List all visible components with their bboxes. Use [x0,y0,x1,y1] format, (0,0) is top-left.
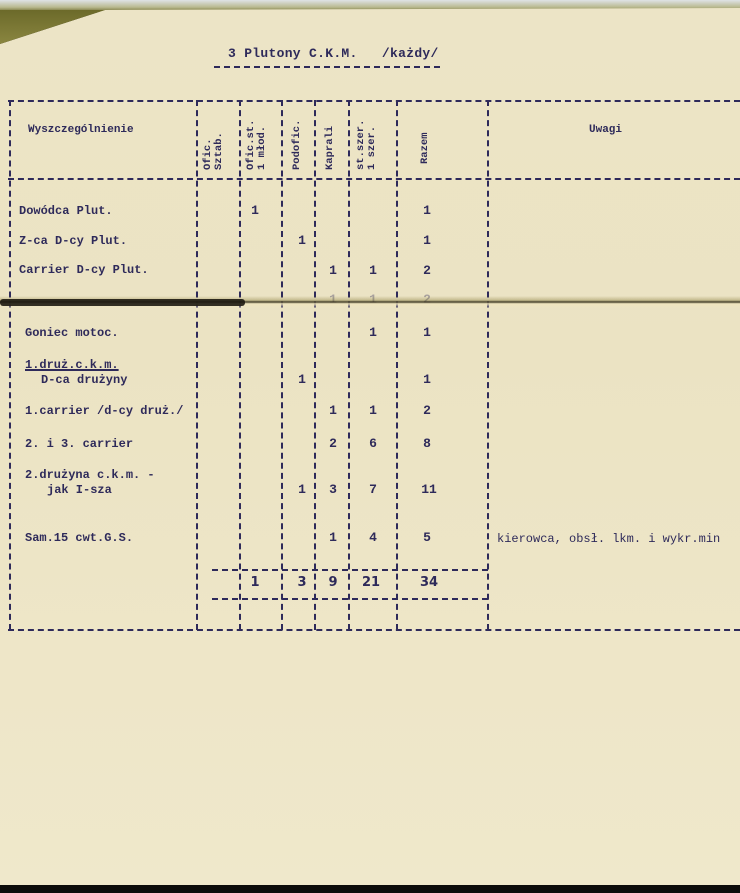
document-page: 3 Plutony C.K.M. /każdy/ Wyszczególnieni… [0,0,740,890]
row-label: 1.carrier /d-cy druż./ [25,404,183,418]
row-label: Dowódca Plut. [19,204,113,218]
col-rule-3 [281,100,283,630]
col-rule-left [9,100,11,630]
row-label: 2. i 3. carrier [25,437,133,451]
row-label-line2: D-ca drużyny [41,373,127,387]
header-szer: st.szer. 1 szer. [356,120,378,170]
row-label: Goniec motoc. [25,326,119,340]
total-ofic-mlod: 1 [240,575,270,590]
header-podofic: Podofic. [292,120,303,170]
header-bottom-rule [8,178,740,180]
row-label-text: 1.druż.c.k.m. [25,358,119,372]
col-rule-4 [314,100,316,630]
header-ofic-sztab: Ofic. Sztab. [203,132,225,170]
header-remarks: Uwagi [589,124,622,136]
cell-razem: 11 [414,482,444,497]
remarks-text: kierowca, obsł. lkm. i wykr.min [497,532,720,546]
header-kaprali: Kaprali [325,126,336,170]
total-szer: 21 [356,575,386,590]
cell-szer: 7 [358,482,388,497]
cell-razem: 1 [412,325,442,340]
cell-szer: 1 [358,263,388,278]
cell-razem: 2 [412,403,442,418]
cell-podofic: 1 [287,372,317,387]
cell-razem: 8 [412,436,442,451]
cell-szer: 1 [358,325,388,340]
row-label-line2: jak I-sza [47,483,112,497]
cell-kaprali: 1 [318,263,348,278]
cell-szer: 4 [358,530,388,545]
cell-razem: 1 [412,203,442,218]
col-rule-1 [196,100,198,630]
cell-razem: 2 [412,263,442,278]
total-kaprali: 9 [318,575,348,590]
totals-bottom-rule [212,598,488,600]
cell-kaprali: 3 [318,482,348,497]
row-label-text: 2.drużyna c.k.m. - [25,468,155,482]
header-description: Wyszczególnienie [28,124,134,136]
total-razem: 34 [414,575,444,590]
header-ofic-mlod: Ofic.st. 1 młod. [246,120,268,170]
col-rule-5 [348,100,350,630]
row-label: Sam.15 cwt.G.S. [25,531,133,545]
row-label: Z-ca D-cy Plut. [19,234,127,248]
cell-razem: 1 [412,372,442,387]
totals-top-rule [212,569,488,571]
cell-podofic: 1 [287,482,317,497]
cell-ofic-mlod: 1 [240,203,270,218]
cell-kaprali: 1 [318,530,348,545]
col-rule-2 [239,100,241,630]
col-rule-6 [396,100,398,630]
row-label: Carrier D-cy Plut. [19,263,149,277]
row-label-line1: 1.druż.c.k.m. [25,358,119,372]
cell-razem: 1 [412,233,442,248]
row-label-line1: 2.drużyna c.k.m. - [25,468,155,482]
cell-szer: 1 [358,403,388,418]
scan-bottom-edge [0,885,740,893]
paper-fold-shadow [0,299,245,306]
table-top-rule [8,100,740,102]
document-title: 3 Plutony C.K.M. /każdy/ [228,46,439,61]
header-razem: Razem [420,132,431,164]
cell-kaprali: 1 [318,403,348,418]
table-bottom-rule [8,629,740,631]
cell-podofic: 1 [287,233,317,248]
cell-szer: 6 [358,436,388,451]
total-podofic: 3 [287,575,317,590]
col-rule-7 [487,100,489,630]
title-underline [214,66,440,68]
cell-kaprali: 2 [318,436,348,451]
cell-razem: 5 [412,530,442,545]
